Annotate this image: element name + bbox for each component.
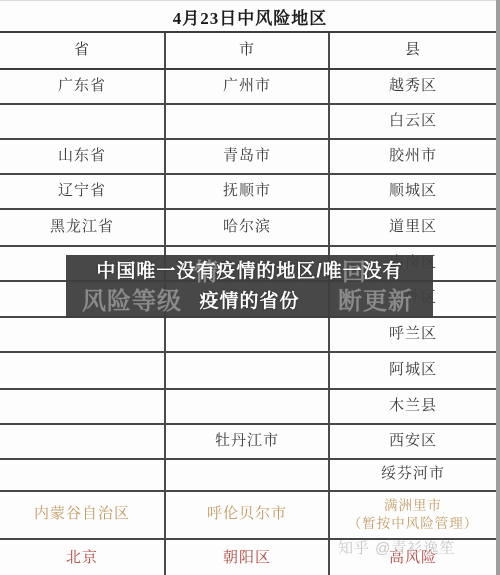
- cell-county: 西安区: [330, 425, 496, 458]
- cell-city: 广州市: [166, 70, 330, 103]
- table-row: 内蒙谷自治区呼伦贝尔市满洲里市 （暂按中风险管理）: [0, 492, 496, 540]
- cell-county: 木兰县: [330, 390, 496, 423]
- cell-city: 牡丹江市: [166, 425, 330, 458]
- cell-county: 胶州市: [330, 140, 496, 173]
- header-province: 省: [0, 33, 166, 68]
- cell-province: 广东省: [0, 70, 166, 103]
- cell-province: 山东省: [0, 140, 166, 173]
- cell-city: 呼伦贝尔市: [166, 492, 330, 538]
- table-row: 广东省广州市越秀区: [0, 70, 496, 105]
- table-title: 4月23日中风险地区: [0, 0, 500, 33]
- cell-county: 道里区: [330, 210, 496, 245]
- watermark-bleed-fragment: 风险等级: [82, 287, 182, 317]
- cell-province: [0, 105, 166, 138]
- table-header-row: 省 市 县: [0, 33, 496, 70]
- caption-text-line1: 中国唯一没有疫情的地区/唯一没有: [96, 261, 402, 282]
- header-county: 县: [330, 33, 496, 68]
- table-row: 白云区: [0, 105, 496, 140]
- caption-banner: 情 回 中国唯一没有疫情的地区/唯一没有 风险等级 断更新 疫情的省份: [66, 255, 433, 318]
- cell-city: 抚顺市: [166, 175, 330, 208]
- cell-county: 满洲里市 （暂按中风险管理）: [330, 492, 496, 538]
- cell-province: 黑龙江省: [0, 210, 166, 245]
- cell-city: [166, 390, 330, 423]
- cell-city: [166, 353, 330, 388]
- zhihu-author-watermark: 知乎 @青衫逸笙: [338, 537, 455, 558]
- table-row: 木兰县: [0, 390, 496, 425]
- photo-edge-strip: [496, 0, 500, 575]
- table-row: 绥芬河市: [0, 460, 496, 492]
- caption-line-1: 情 回 中国唯一没有疫情的地区/唯一没有: [66, 257, 433, 287]
- cell-province: [0, 425, 166, 458]
- table-row: 呼兰区: [0, 318, 496, 353]
- cell-province: [0, 353, 166, 388]
- risk-area-table-screenshot: 4月23日中风险地区 省 市 县 广东省广州市越秀区白云区山东省青岛市胶州市辽宁…: [0, 0, 500, 575]
- cell-province: 北京: [0, 540, 166, 575]
- cell-city: 青岛市: [166, 140, 330, 173]
- table-row: 山东省青岛市胶州市: [0, 140, 496, 175]
- cell-city: 朝阳区: [166, 540, 330, 575]
- cell-city: [166, 105, 330, 138]
- cell-city: 哈尔滨: [166, 210, 330, 245]
- cell-county: 阿城区: [330, 353, 496, 388]
- table-row: 辽宁省抚顺市顺城区: [0, 175, 496, 210]
- cell-county: 越秀区: [330, 70, 496, 103]
- cell-city: [166, 460, 330, 490]
- table-row: 黑龙江省哈尔滨道里区: [0, 210, 496, 247]
- watermark-bleed-fragment: 断更新: [338, 287, 413, 317]
- table-row: 阿城区: [0, 353, 496, 390]
- cell-county: 呼兰区: [330, 318, 496, 351]
- cell-city: [166, 318, 330, 351]
- cell-county: 顺城区: [330, 175, 496, 208]
- caption-line-2: 风险等级 断更新 疫情的省份: [66, 287, 433, 317]
- cell-province: 内蒙谷自治区: [0, 492, 166, 538]
- table-row: 牡丹江市西安区: [0, 425, 496, 460]
- cell-county: 白云区: [330, 105, 496, 138]
- cell-province: [0, 460, 166, 490]
- cell-county: 绥芬河市: [330, 460, 496, 490]
- header-city: 市: [166, 33, 330, 68]
- cell-province: [0, 318, 166, 351]
- table-body: 广东省广州市越秀区白云区山东省青岛市胶州市辽宁省抚顺市顺城区黑龙江省哈尔滨道里区…: [0, 70, 496, 575]
- cell-province: 辽宁省: [0, 175, 166, 208]
- cell-province: [0, 390, 166, 423]
- caption-text-line2: 疫情的省份: [199, 291, 299, 312]
